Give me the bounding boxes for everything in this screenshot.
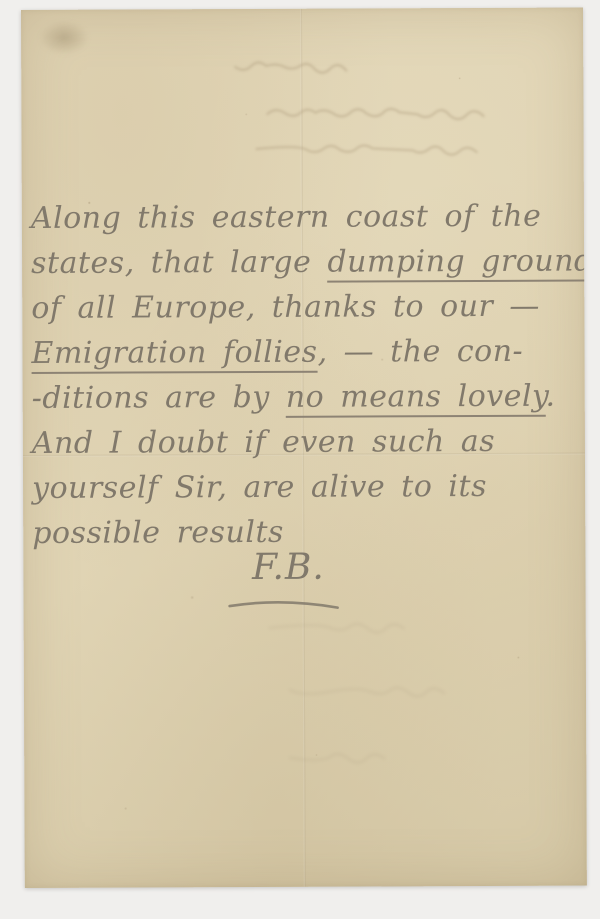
handwritten-line: And I doubt if even such as xyxy=(32,419,580,466)
letter-body: Along this eastern coast of thestates, t… xyxy=(31,194,581,556)
handwritten-text: -ditions are by xyxy=(32,380,286,416)
scan-backdrop: { "colors": { "backdrop": "#f0efed", "pa… xyxy=(0,0,600,919)
handwritten-line: of all Europe, thanks to our — xyxy=(31,284,579,331)
signature-flourish xyxy=(224,597,344,618)
handwritten-text: possible results xyxy=(32,515,284,551)
handwritten-text: , — the con- xyxy=(317,334,523,370)
underlined-phrase: Emigration follies xyxy=(31,335,317,374)
underlined-phrase: no means lovely xyxy=(286,379,546,418)
signature: F.B. xyxy=(208,546,368,588)
handwritten-line: Along this eastern coast of the xyxy=(31,194,579,241)
handwritten-text: Along this eastern coast of the xyxy=(31,199,542,236)
handwritten-text: yourself Sir, are alive to its xyxy=(32,469,487,506)
show-through-writing-lower xyxy=(104,608,525,790)
handwritten-line: Emigration follies, — the con- xyxy=(31,329,579,376)
handwritten-text: . xyxy=(545,379,555,414)
letter-lines: Along this eastern coast of thestates, t… xyxy=(31,194,581,556)
handwritten-line: states, that large dumping ground xyxy=(31,239,579,286)
handwritten-text: states, that large xyxy=(31,245,327,281)
letter-page: Along this eastern coast of thestates, t… xyxy=(21,8,587,888)
show-through-writing xyxy=(51,48,532,175)
handwritten-text: And I doubt if even such as xyxy=(32,424,495,461)
handwritten-line: yourself Sir, are alive to its xyxy=(32,464,580,511)
handwritten-text: of all Europe, thanks to our — xyxy=(31,289,540,326)
corner-smudge xyxy=(29,14,99,62)
underlined-phrase: dumping ground xyxy=(327,244,587,283)
handwritten-line: -ditions are by no means lovely. xyxy=(32,374,580,421)
